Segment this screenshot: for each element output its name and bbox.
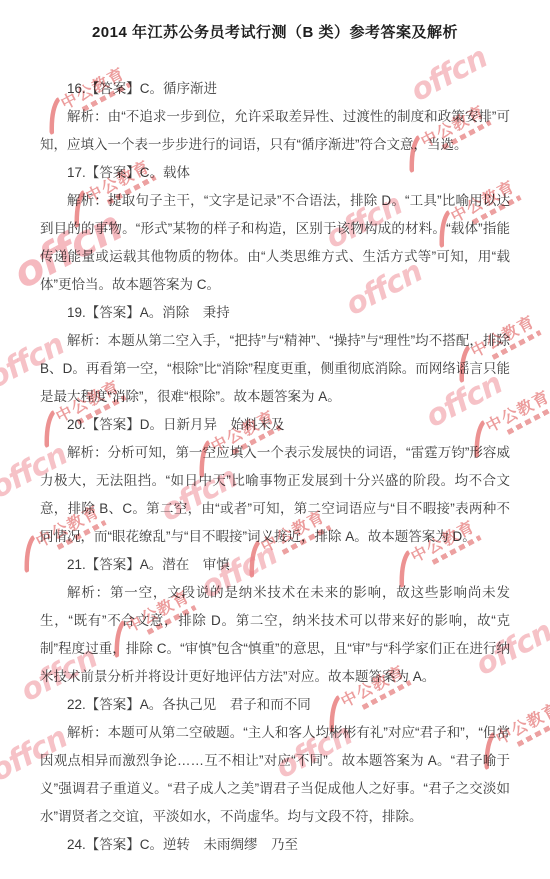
answer-entries: 16.【答案】C。循序渐进 解析：由“不追求一步到位，允许采取差异性、过渡性的制… bbox=[40, 75, 510, 859]
answer-line: 22.【答案】A。各执己见 君子和而不同 bbox=[40, 691, 510, 719]
document-content: 2014 年江苏公务员考试行测（B 类）参考答案及解析 16.【答案】C。循序渐… bbox=[0, 0, 550, 859]
answer-entry: 21.【答案】A。潜在 审慎 解析：第一空，文段说的是纳米技术在未来的影响，故这… bbox=[40, 551, 510, 691]
answer-entry: 20.【答案】D。日新月异 始料未及 解析：分析可知，第一空应填入一个表示发展快… bbox=[40, 411, 510, 551]
answer-entry: 24.【答案】C。逆转 未雨绸缪 乃至 bbox=[40, 831, 510, 859]
answer-entry: 22.【答案】A。各执己见 君子和而不同 解析：本题可从第二空破题。“主人和客人… bbox=[40, 691, 510, 831]
analysis-paragraph: 解析：提取句子主干，“文字是记录”不合语法，排除 D。“工具”比喻用以达到目的的… bbox=[40, 187, 510, 299]
answer-entry: 16.【答案】C。循序渐进 解析：由“不追求一步到位，允许采取差异性、过渡性的制… bbox=[40, 75, 510, 159]
answer-line: 19.【答案】A。消除 秉持 bbox=[40, 299, 510, 327]
answer-line: 24.【答案】C。逆转 未雨绸缪 乃至 bbox=[40, 831, 510, 859]
answer-entry: 17.【答案】C。载体 解析：提取句子主干，“文字是记录”不合语法，排除 D。“… bbox=[40, 159, 510, 299]
answer-line: 21.【答案】A。潜在 审慎 bbox=[40, 551, 510, 579]
analysis-paragraph: 解析：本题可从第二空破题。“主人和客人均彬彬有礼”对应“君子和”，“但常因观点相… bbox=[40, 719, 510, 831]
page-title: 2014 年江苏公务员考试行测（B 类）参考答案及解析 bbox=[40, 22, 510, 44]
answer-line: 17.【答案】C。载体 bbox=[40, 159, 510, 187]
analysis-paragraph: 解析：分析可知，第一空应填入一个表示发展快的词语，“雷霆万钧”形容威力极大，无法… bbox=[40, 439, 510, 551]
answer-entry: 19.【答案】A。消除 秉持 解析：本题从第二空入手，“把持”与“精神”、“操持… bbox=[40, 299, 510, 411]
analysis-paragraph: 解析：第一空，文段说的是纳米技术在未来的影响，故这些影响尚未发生，“既有”不合文… bbox=[40, 579, 510, 691]
answer-line: 16.【答案】C。循序渐进 bbox=[40, 75, 510, 103]
answer-line: 20.【答案】D。日新月异 始料未及 bbox=[40, 411, 510, 439]
document-page: 2014 年江苏公务员考试行测（B 类）参考答案及解析 16.【答案】C。循序渐… bbox=[0, 0, 550, 879]
analysis-paragraph: 解析：本题从第二空入手，“把持”与“精神”、“操持”与“理性”均不搭配，排除 B… bbox=[40, 327, 510, 411]
analysis-paragraph: 解析：由“不追求一步到位，允许采取差异性、过渡性的制度和政策安排”可知，应填入一… bbox=[40, 103, 510, 159]
